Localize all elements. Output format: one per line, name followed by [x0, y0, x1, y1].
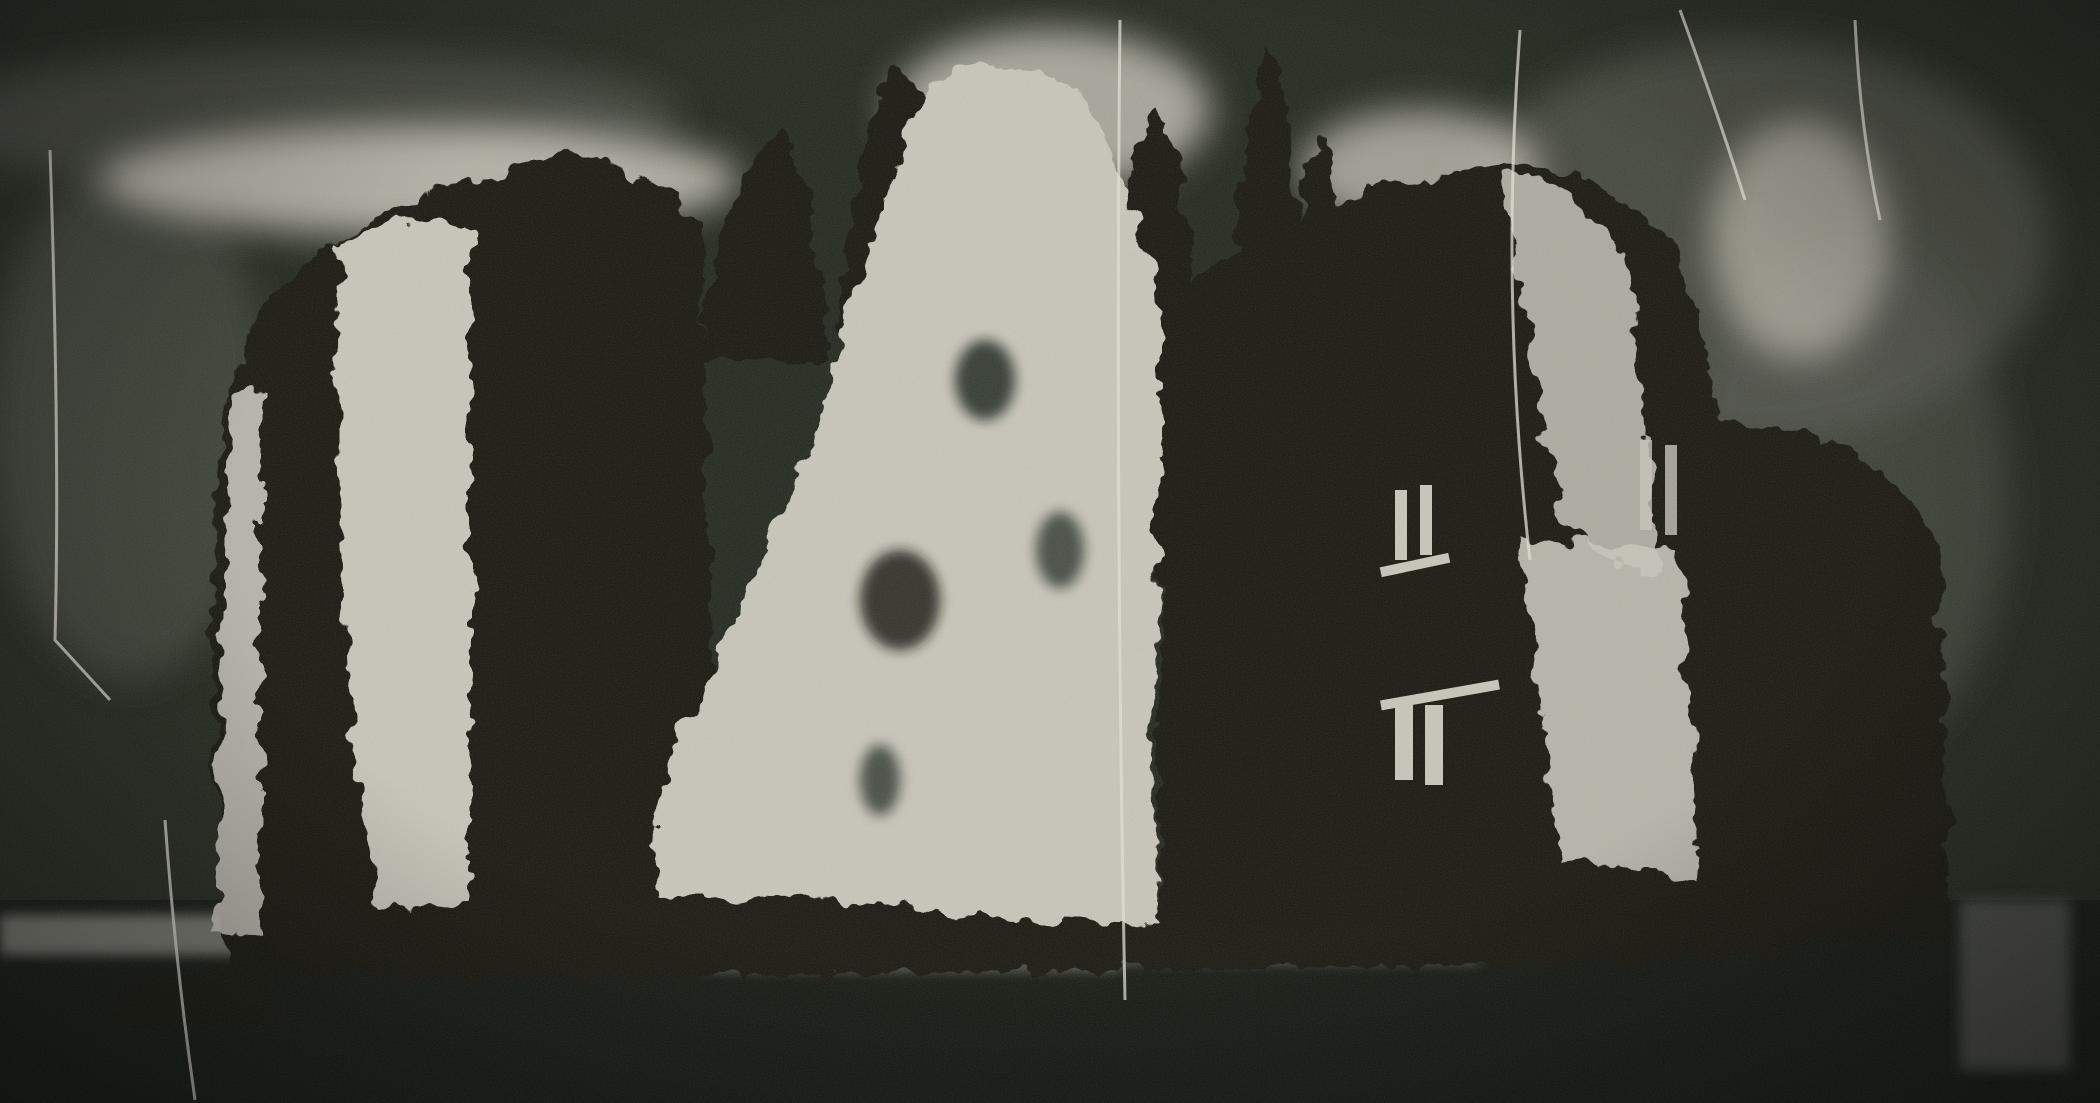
halftone-grain [0, 0, 2100, 1103]
island-painting: Monochrome reproduction of a painting of… [0, 0, 2100, 1103]
painting-canvas [0, 0, 2100, 1103]
